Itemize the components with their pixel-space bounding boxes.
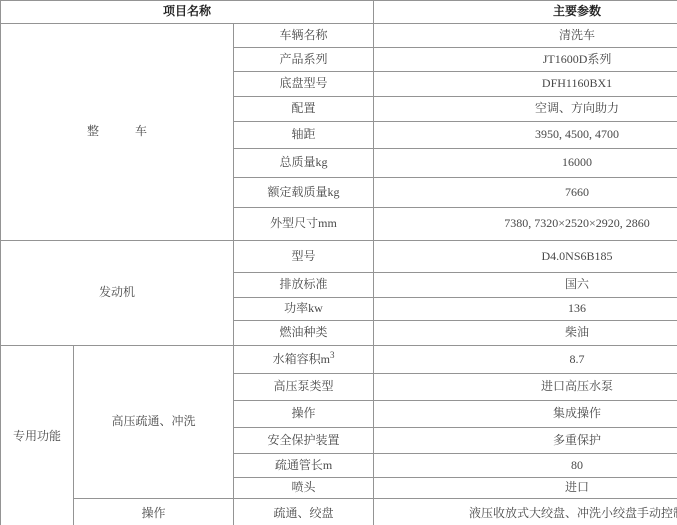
param-name-cell: 功率kw <box>234 298 374 321</box>
spec-table: 项目名称 主要参数 整 车 车辆名称 清洗车 产品系列 JT1600D系列 底盘… <box>0 0 677 525</box>
param-name-cell: 产品系列 <box>234 48 374 72</box>
param-name-cell: 外型尺寸mm <box>234 208 374 241</box>
param-name-cell: 总质量kg <box>234 149 374 178</box>
param-name-superscript: 3 <box>330 350 335 360</box>
param-name-cell: 配置 <box>234 97 374 122</box>
header-project-name: 项目名称 <box>1 1 374 24</box>
table-row: 发动机 型号 D4.0NS6B185 <box>1 241 677 273</box>
param-name-cell: 车辆名称 <box>234 24 374 48</box>
param-value-cell: 7660 <box>374 178 677 208</box>
param-name-cell: 燃油种类 <box>234 321 374 346</box>
subgroup-cell-high-pressure: 高压疏通、冲洗 <box>74 346 234 499</box>
param-value-cell: 多重保护 <box>374 428 677 454</box>
param-value-cell: 136 <box>374 298 677 321</box>
param-value-cell: 3950, 4500, 4700 <box>374 122 677 149</box>
param-name-cell: 底盘型号 <box>234 72 374 97</box>
param-name-cell: 高压泵类型 <box>234 374 374 401</box>
param-value-cell: 8.7 <box>374 346 677 374</box>
param-name-cell: 轴距 <box>234 122 374 149</box>
group-cell-engine: 发动机 <box>1 241 234 346</box>
param-value-cell: D4.0NS6B185 <box>374 241 677 273</box>
param-name-cell: 额定载质量kg <box>234 178 374 208</box>
subgroup-cell-operation: 操作 <box>74 499 234 525</box>
param-name-cell: 排放标准 <box>234 273 374 298</box>
param-name-cell: 疏通管长m <box>234 454 374 478</box>
group-cell-special-functions: 专用功能 <box>1 346 74 525</box>
header-main-params: 主要参数 <box>374 1 677 24</box>
param-value-cell: JT1600D系列 <box>374 48 677 72</box>
param-value-cell: 集成操作 <box>374 401 677 428</box>
table-header-row: 项目名称 主要参数 <box>1 1 677 24</box>
param-name-cell: 安全保护装置 <box>234 428 374 454</box>
param-name-cell: 疏通、绞盘 <box>234 499 374 525</box>
param-value-cell: 进口高压水泵 <box>374 374 677 401</box>
param-value-cell: 柴油 <box>374 321 677 346</box>
table-row: 专用功能 高压疏通、冲洗 水箱容积m3 8.7 <box>1 346 677 374</box>
param-value-cell: 7380, 7320×2520×2920, 2860 <box>374 208 677 241</box>
param-name-text: 水箱容积m <box>273 352 330 366</box>
group-cell-vehicle: 整 车 <box>1 24 234 241</box>
param-name-cell: 型号 <box>234 241 374 273</box>
param-value-cell: 80 <box>374 454 677 478</box>
param-value-cell: 清洗车 <box>374 24 677 48</box>
param-name-cell: 操作 <box>234 401 374 428</box>
param-name-cell: 喷头 <box>234 478 374 499</box>
table-row: 操作 疏通、绞盘 液压收放式大绞盘、冲洗小绞盘手动控制 <box>1 499 677 525</box>
param-value-cell: DFH1160BX1 <box>374 72 677 97</box>
param-name-cell: 水箱容积m3 <box>234 346 374 374</box>
table-row: 整 车 车辆名称 清洗车 <box>1 24 677 48</box>
param-value-cell: 16000 <box>374 149 677 178</box>
param-value-cell: 液压收放式大绞盘、冲洗小绞盘手动控制 <box>374 499 677 525</box>
param-value-cell: 空调、方向助力 <box>374 97 677 122</box>
param-value-cell: 进口 <box>374 478 677 499</box>
param-value-cell: 国六 <box>374 273 677 298</box>
